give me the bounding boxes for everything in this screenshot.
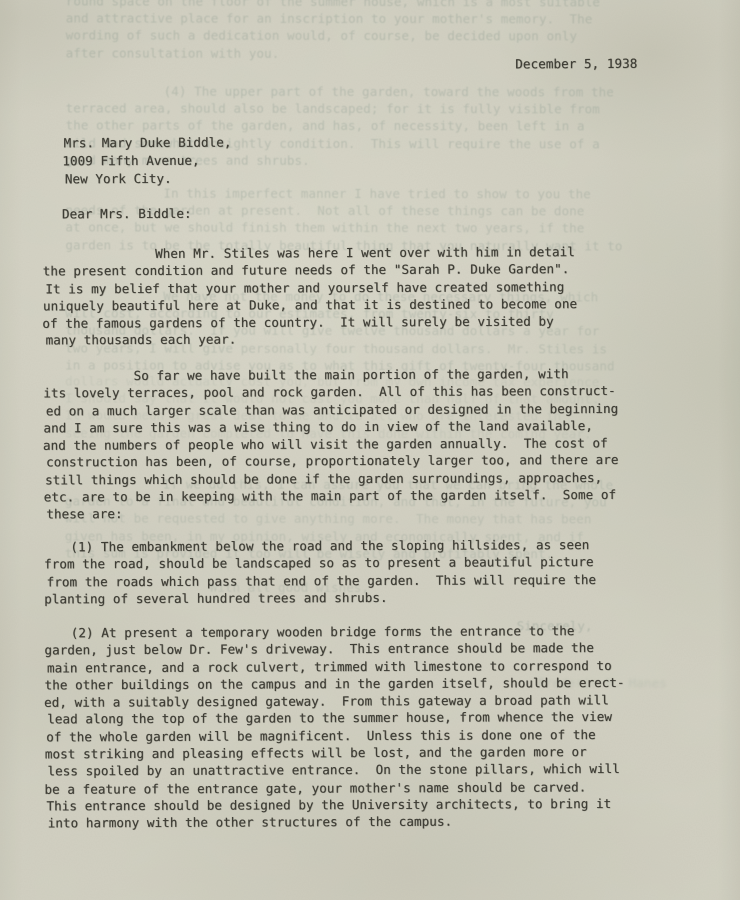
- letter-line: these are:: [46, 503, 618, 523]
- address-line: Mrs. Mary Duke Biddle,: [64, 134, 232, 153]
- letter-line: construction has been, of course, propor…: [46, 451, 618, 471]
- salutation: Dear Mrs. Biddle:: [62, 205, 192, 223]
- letter-line: uniquely beautiful here at Duke, and tha…: [43, 295, 577, 315]
- letter-line: into harmony with the other structures o…: [48, 812, 628, 832]
- paragraph-1: When Mr. Stiles was here I went over wit…: [44, 243, 579, 349]
- address-line: 1009 Fifth Avenue,: [62, 152, 230, 171]
- address-line: New York City.: [65, 170, 233, 189]
- paragraph-2: So far we have built the main portion of…: [45, 365, 618, 523]
- letter-line: the other buildings on the campus and in…: [45, 674, 625, 694]
- letter-line: planting of several hundred trees and sh…: [44, 588, 594, 608]
- recipient-address: Mrs. Mary Duke Biddle,1009 Fifth Avenue,…: [64, 134, 232, 189]
- letter-line: lead along the top of the garden to the …: [47, 708, 627, 728]
- paragraph-3: (1) The embankment below the road and th…: [45, 536, 595, 608]
- letter-body-layer: December 5, 1938 Mrs. Mary Duke Biddle,1…: [0, 0, 740, 900]
- date-line: December 5, 1938: [515, 55, 637, 73]
- letter-page: round space on the floor of the summer h…: [0, 0, 740, 900]
- letter-line: many thousands each year.: [46, 330, 580, 350]
- letter-line: be a feature of the entrance gate, your …: [44, 778, 624, 798]
- letter-line: and I am sure this was a wise thing to d…: [43, 417, 615, 437]
- paragraph-4: (2) At present a temporary wooden bridge…: [46, 622, 627, 832]
- letter-line: less spoiled by an unattractive entrance…: [47, 760, 627, 780]
